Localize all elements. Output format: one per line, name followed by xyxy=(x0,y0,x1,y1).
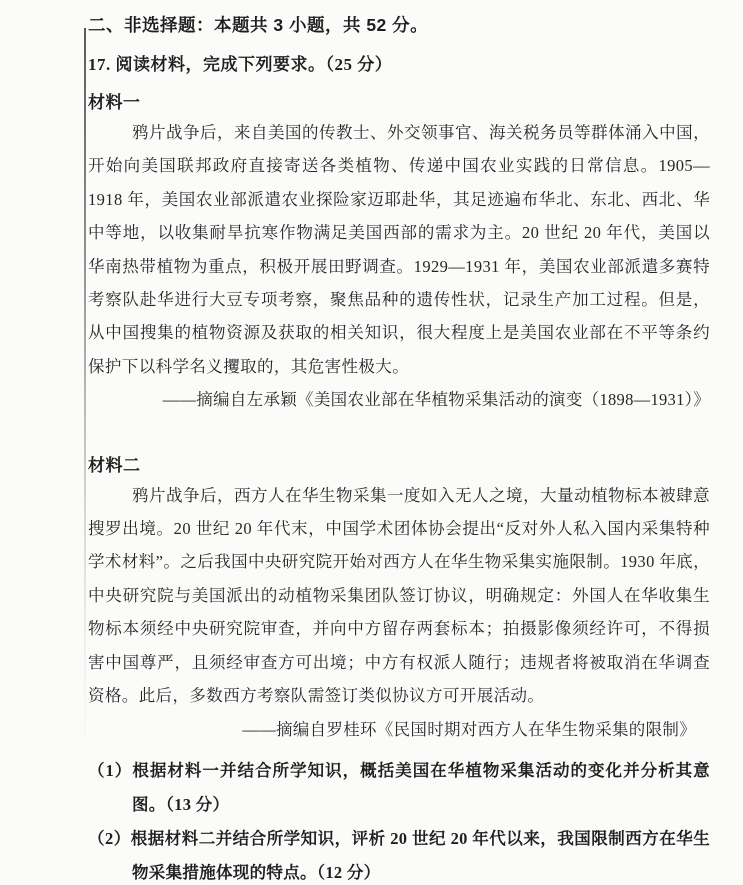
material-two-label: 材料二 xyxy=(88,453,710,479)
exam-paper-page: 二、非选择题：本题共 3 小题，共 52 分。 17. 阅读材料，完成下列要求。… xyxy=(0,0,743,885)
material-two-paragraph: 鸦片战争后，西方人在华生物采集一度如入无人之境，大量动植物标本被肆意搜罗出境。2… xyxy=(88,479,710,713)
sub-question-2: （2）根据材料二并结合所学知识，评析 20 世纪 20 年代以来，我国限制西方在… xyxy=(88,822,710,885)
material-one-paragraph: 鸦片战争后，来自美国的传教士、外交领事官、海关税务员等群体涌入中国，开始向美国联… xyxy=(88,116,710,383)
material-two-attribution: ——摘编自罗桂环《民国时期对西方人在华生物采集的限制》 xyxy=(88,713,710,746)
material-one-attribution: ——摘编自左承颖《美国农业部在华植物采集活动的演变（1898—1931）》 xyxy=(88,383,710,416)
material-one-label: 材料一 xyxy=(88,90,710,116)
sub-question-1: （1）根据材料一并结合所学知识，概括美国在华植物采集活动的变化并分析其意图。（1… xyxy=(88,754,710,822)
section-header: 二、非选择题：本题共 3 小题，共 52 分。 xyxy=(88,12,710,38)
scan-edge-line xyxy=(84,28,86,758)
sub-questions: （1）根据材料一并结合所学知识，概括美国在华植物采集活动的变化并分析其意图。（1… xyxy=(88,754,710,885)
exam-content: 二、非选择题：本题共 3 小题，共 52 分。 17. 阅读材料，完成下列要求。… xyxy=(88,12,710,885)
question-17-intro: 17. 阅读材料，完成下列要求。（25 分） xyxy=(88,52,710,78)
